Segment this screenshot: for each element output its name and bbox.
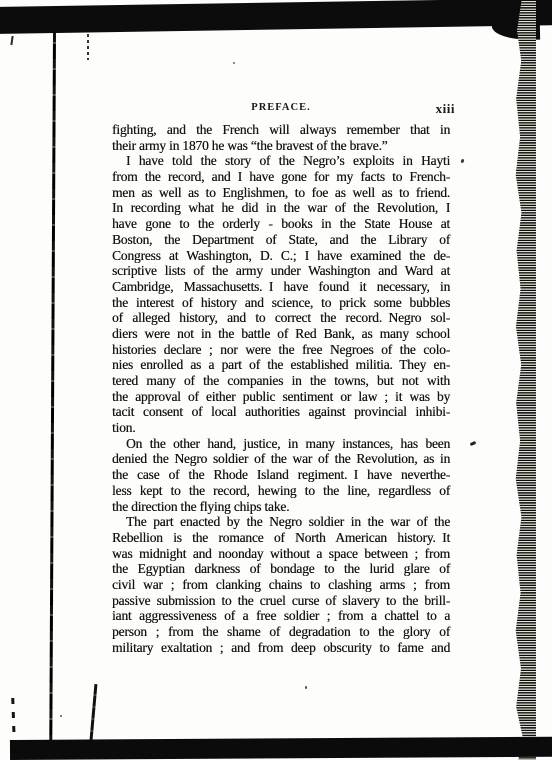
text-line: the direction the flying chips take.	[112, 499, 450, 515]
text-line: their army in 1870 he was “the bravest o…	[112, 138, 450, 154]
text-line: the case of the Rhode Island regiment. I…	[112, 467, 450, 483]
text-line: men as well as to Englishmen, to foe as …	[112, 185, 450, 201]
scanned-book-page: PREFACE. xiii fighting, and the French w…	[0, 0, 552, 760]
scan-speck	[305, 686, 307, 689]
scan-speck	[470, 441, 477, 446]
text-line: histories declare ; nor were the free Ne…	[112, 342, 450, 358]
text-line: the Egyptian darkness of bondage to the …	[112, 561, 450, 577]
text-line: iant aggressiveness of a free soldier ; …	[112, 608, 450, 624]
text-line: Rebellion is the romance of North Americ…	[112, 530, 450, 546]
text-line: On the other hand, justice, in many inst…	[112, 436, 450, 452]
scan-artifact-top-bar	[0, 0, 552, 34]
text-line: The part enacted by the Negro soldier in…	[112, 514, 450, 530]
scan-artifact-ticks	[11, 698, 15, 742]
text-line: tion.	[112, 420, 450, 436]
text-line: of alleged history, and to correct the r…	[112, 310, 450, 326]
text-line: tacit consent of local authorities again…	[112, 404, 450, 420]
text-line: the interest of history and science, to …	[112, 295, 450, 311]
page-number: xiii	[436, 101, 455, 117]
scan-artifact-gutter-line	[49, 33, 55, 740]
text-line: from the record, and I have gone for my …	[112, 169, 450, 185]
scan-artifact-squiggle-line	[90, 684, 97, 740]
text-line: Boston, the Department of State, and the…	[112, 232, 450, 248]
text-line: denied the Negro soldier of the war of t…	[112, 451, 450, 467]
text-line: civil war ; from clanking chains to clas…	[112, 577, 450, 593]
text-line: In recording what he did in the war of t…	[112, 200, 450, 216]
scan-speck	[460, 159, 464, 164]
scan-artifact-page-edge-band	[514, 0, 536, 760]
text-line: have gone to the orderly - books in the …	[112, 216, 450, 232]
text-line: Cambridge, Massachusetts. I have found i…	[112, 279, 450, 295]
text-line: less kept to the record, hewing to the l…	[112, 483, 450, 499]
text-line: diers were not in the battle of Red Bank…	[112, 326, 450, 342]
text-line: was midnight and noonday without a space…	[112, 546, 450, 562]
scan-artifact-bottom-bar	[10, 737, 552, 760]
text-line: military exaltation ; and from deep obsc…	[112, 640, 450, 656]
scan-artifact-dash-line-top	[87, 34, 89, 60]
running-head: PREFACE. xiii	[112, 102, 450, 117]
text-line: nies enrolled as a part of the establish…	[112, 357, 450, 373]
page-header-title: PREFACE.	[112, 102, 450, 113]
text-line: person ; from the shame of degradation t…	[112, 624, 450, 640]
text-line: Congress at Washington, D. C.; I have ex…	[112, 248, 450, 264]
text-line: the approval of either public sentiment …	[112, 389, 450, 405]
text-line: fighting, and the French will always rem…	[112, 122, 450, 138]
text-line: scriptive lists of the army under Washin…	[112, 263, 450, 279]
scan-artifact-tick	[10, 36, 13, 45]
text-line: passive submission to the cruel curse of…	[112, 593, 450, 609]
text-line: tered many of the companies in the towns…	[112, 373, 450, 389]
scan-speck	[60, 715, 62, 717]
text-line: I have told the story of the Negro’s exp…	[112, 153, 450, 169]
page-body-text: fighting, and the French will always rem…	[112, 122, 450, 655]
scan-speck	[233, 62, 235, 64]
